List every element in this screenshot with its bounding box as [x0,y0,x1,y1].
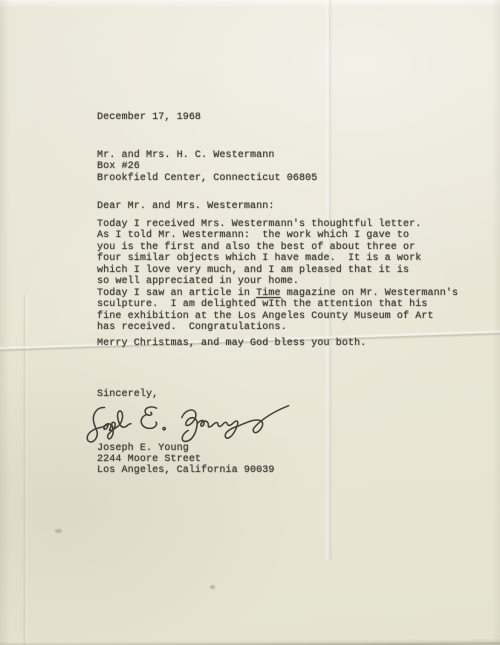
paragraph-line: which I love very much, and I am pleased… [97,265,421,276]
paragraph-line: has received. Congratulations. [97,322,458,333]
sender-block: Joseph E. Young 2244 Moore Street Los An… [97,443,275,476]
recipient-city: Brookfield Center, Connecticut 06805 [97,173,317,184]
paragraph-line: Today I saw an article in Time magazine … [97,288,458,299]
sender-street: 2244 Moore Street [97,454,275,465]
salutation: Dear Mr. and Mrs. Westermann: [97,201,275,212]
magazine-title: Time [256,288,280,299]
paragraph-line: fine exhibition at the Los Angeles Count… [97,311,458,322]
paragraph-1: Today I received Mrs. Westermann's thoug… [97,219,421,287]
letter-scan: December 17, 1968 Mr. and Mrs. H. C. Wes… [0,0,500,645]
paragraph-line: four similar objects which I have made. … [97,253,421,264]
recipient-name: Mr. and Mrs. H. C. Westermann [97,150,317,161]
paragraph-text: Today I saw an article in [97,288,256,299]
paragraph-line: As I told Mr. Westermann: the work which… [97,230,421,241]
letter-content: December 17, 1968 Mr. and Mrs. H. C. Wes… [0,0,500,645]
recipient-address: Mr. and Mrs. H. C. Westermann Box #26 Br… [97,150,317,184]
paragraph-line: you is the first and also the best of ab… [97,242,421,253]
paragraph-line: sculpture. I am delighted wIth the atten… [97,299,458,310]
closing-line: Merry Christmas, and may God bless you b… [97,338,366,349]
paragraph-line: Today I received Mrs. Westermann's thoug… [97,219,421,230]
sender-city: Los Angeles, California 90039 [97,465,275,476]
paragraph-text: magazine on Mr. Westermann's [281,288,459,299]
recipient-box: Box #26 [97,161,317,172]
letter-date: December 17, 1968 [97,112,201,123]
signoff: Sincerely, [97,389,158,400]
paragraph-line: so well appreciated in your home. [97,276,421,287]
sender-name: Joseph E. Young [97,443,275,454]
paragraph-2: Today I saw an article in Time magazine … [97,288,458,334]
